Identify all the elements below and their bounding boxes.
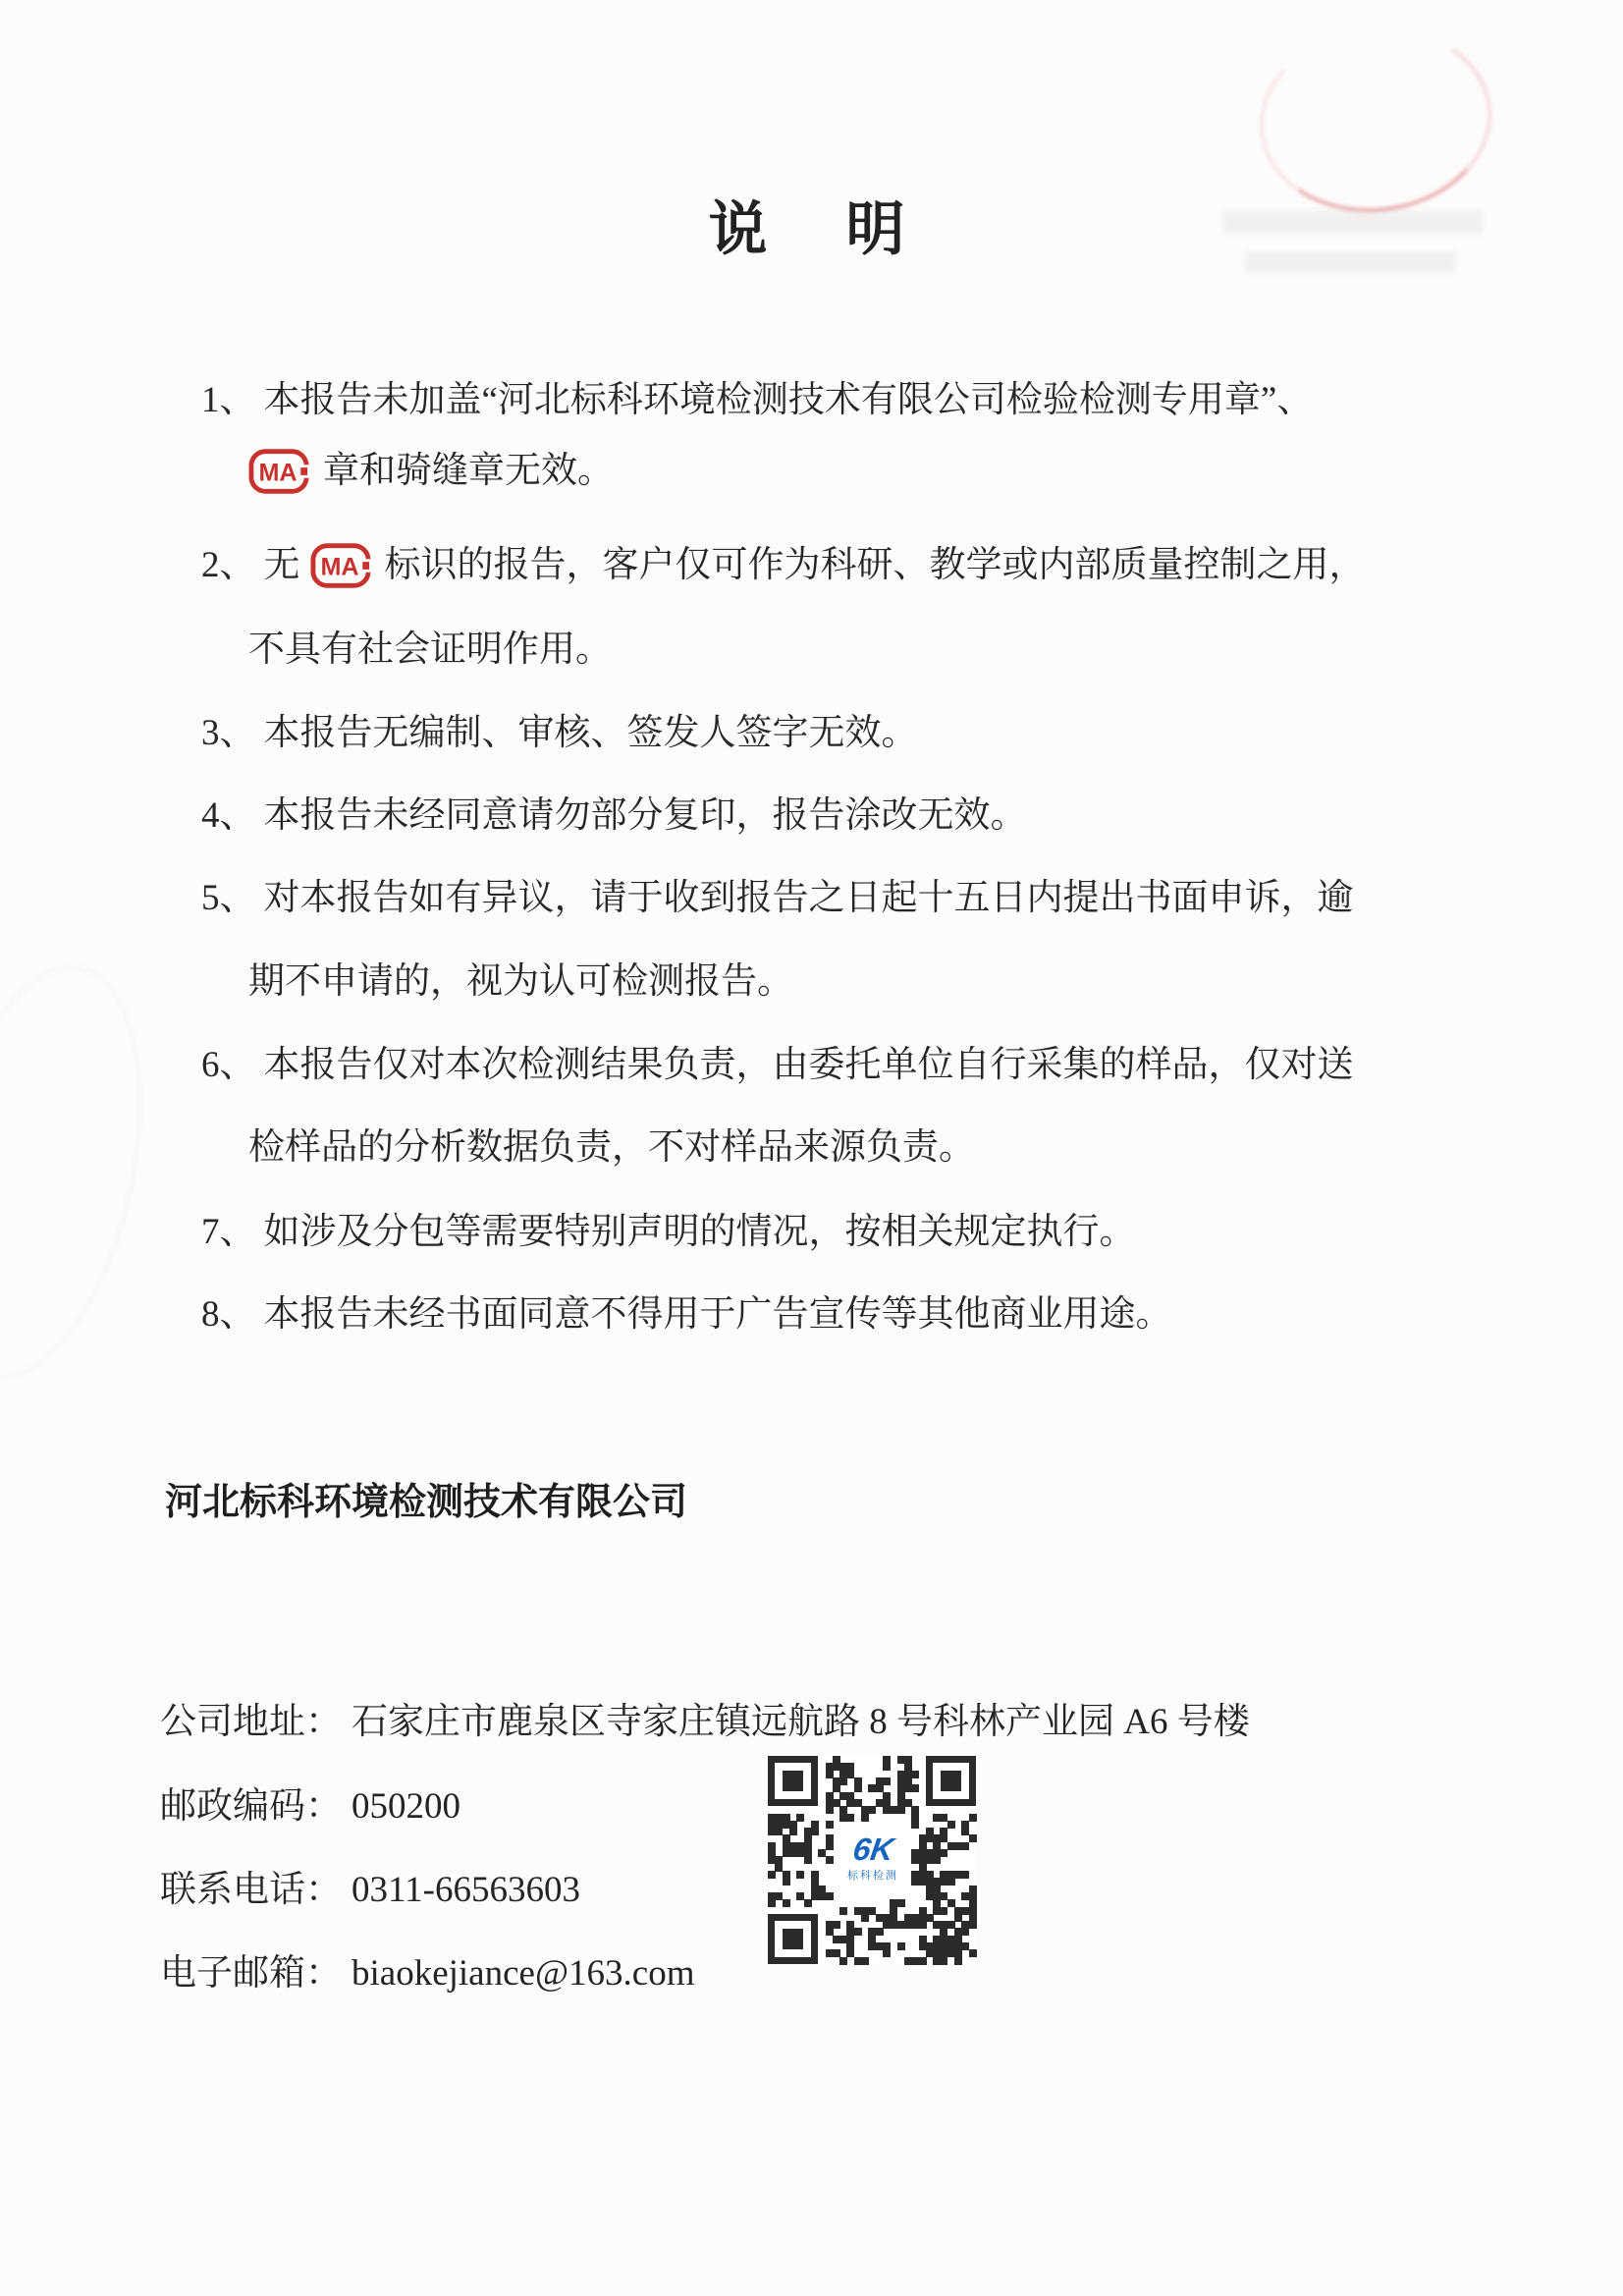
note-item-3: 3、 本报告无编制、审核、签发人签字无效。: [201, 709, 918, 758]
email-value: biaokejiance@163.com: [352, 1953, 694, 1994]
note-text: 检样品的分析数据负责，不对样品来源负责。: [248, 1123, 975, 1173]
contact-email: 电子邮箱：biaokejiance@163.com: [160, 1942, 694, 1995]
note-item-5-line-2: 期不申请的，视为认可检测报告。: [248, 957, 793, 1007]
note-item-2-line-1: 2、 无 MA 标识的报告，客户仅可作为科研、教学或内部质量控制之用，: [201, 541, 1366, 590]
note-item-7: 7、 如涉及分包等需要特别声明的情况，按相关规定执行。: [201, 1208, 1136, 1257]
note-item-4: 4、 本报告未经同意请勿部分复印，报告涂改无效。: [201, 792, 1027, 841]
note-item-1-line-1: 1、 本报告未加盖“河北标科环境检测技术有限公司检验检测专用章”、: [201, 376, 1313, 425]
note-number: 8、: [201, 1290, 256, 1339]
company-logo-caption: 标科检测: [847, 1869, 898, 1883]
postal-value: 050200: [352, 1786, 460, 1827]
note-text: 本报告未经书面同意不得用于广告宣传等其他商业用途。: [264, 1290, 1172, 1339]
qr-finder-icon: [768, 1914, 818, 1964]
note-number: 2、: [201, 541, 256, 590]
email-label: 电子邮箱：: [160, 1953, 342, 1994]
note-number: 3、: [201, 709, 256, 758]
note-item-6-line-2: 检样品的分析数据负责，不对样品来源负责。: [248, 1123, 975, 1173]
address-value: 石家庄市鹿泉区寺家庄镇远航路 8 号科林产业园 A6 号楼: [352, 1702, 1250, 1742]
qr-code: 6K 标科检测: [768, 1756, 976, 1964]
note-text: 本报告无编制、审核、签发人签字无效。: [264, 709, 918, 758]
note-text: 标识的报告，客户仅可作为科研、教学或内部质量控制之用，: [385, 541, 1366, 590]
note-text: 对本报告如有异议，请于收到报告之日起十五日内提出书面申诉，逾: [264, 874, 1354, 923]
faint-stamp-edge: [0, 947, 175, 1395]
note-number: 7、: [201, 1208, 256, 1257]
note-text: 不具有社会证明作用。: [248, 626, 612, 675]
note-item-5-line-1: 5、 对本报告如有异议，请于收到报告之日起十五日内提出书面申诉，逾: [201, 874, 1354, 923]
note-text: 本报告未加盖“河北标科环境检测技术有限公司检验检测专用章”、: [264, 376, 1314, 425]
cma-stamp-icon: MA: [310, 542, 371, 589]
document-page: 说 明 1、 本报告未加盖“河北标科环境检测技术有限公司检验检测专用章”、 MA…: [0, 0, 1623, 2296]
phone-label: 联系电话：: [160, 1870, 342, 1910]
qr-finder-icon: [926, 1756, 976, 1806]
note-item-1-line-2: MA 章和骑缝章无效。: [248, 447, 614, 496]
note-number: 4、: [201, 792, 256, 841]
note-text: 期不申请的，视为认可检测报告。: [248, 957, 793, 1007]
note-text: 章和骑缝章无效。: [323, 447, 614, 496]
note-text: 如涉及分包等需要特别声明的情况，按相关规定执行。: [264, 1208, 1136, 1257]
qr-finder-icon: [768, 1756, 818, 1806]
phone-value: 0311-66563603: [352, 1870, 580, 1910]
cma-stamp-label: MA: [320, 554, 358, 581]
contact-address: 公司地址：石家庄市鹿泉区寺家庄镇远航路 8 号科林产业园 A6 号楼: [160, 1691, 1250, 1744]
note-text: 本报告仅对本次检测结果负责，由委托单位自行采集的样品，仅对送: [264, 1041, 1354, 1090]
note-item-8: 8、 本报告未经书面同意不得用于广告宣传等其他商业用途。: [201, 1290, 1172, 1339]
company-name: 河北标科环境检测技术有限公司: [165, 1471, 687, 1525]
note-text: 本报告未经同意请勿部分复印，报告涂改无效。: [264, 792, 1027, 841]
address-label: 公司地址：: [160, 1702, 342, 1742]
company-logo-icon: 6K: [850, 1833, 894, 1865]
contact-phone: 联系电话：0311-66563603: [160, 1859, 580, 1912]
cma-stamp-label: MA: [258, 460, 297, 487]
contact-postal: 邮政编码：050200: [160, 1776, 460, 1829]
cma-stamp-icon: MA: [248, 448, 309, 495]
note-item-2-line-2: 不具有社会证明作用。: [248, 626, 612, 675]
postal-label: 邮政编码：: [160, 1786, 342, 1827]
note-item-6-line-1: 6、 本报告仅对本次检测结果负责，由委托单位自行采集的样品，仅对送: [201, 1041, 1354, 1090]
note-number: 1、: [201, 376, 256, 425]
note-text: 无: [264, 541, 300, 590]
note-number: 6、: [201, 1041, 256, 1090]
qr-center-logo: 6K 标科检测: [836, 1819, 910, 1897]
note-number: 5、: [201, 874, 256, 923]
page-title: 说 明: [0, 183, 1623, 267]
